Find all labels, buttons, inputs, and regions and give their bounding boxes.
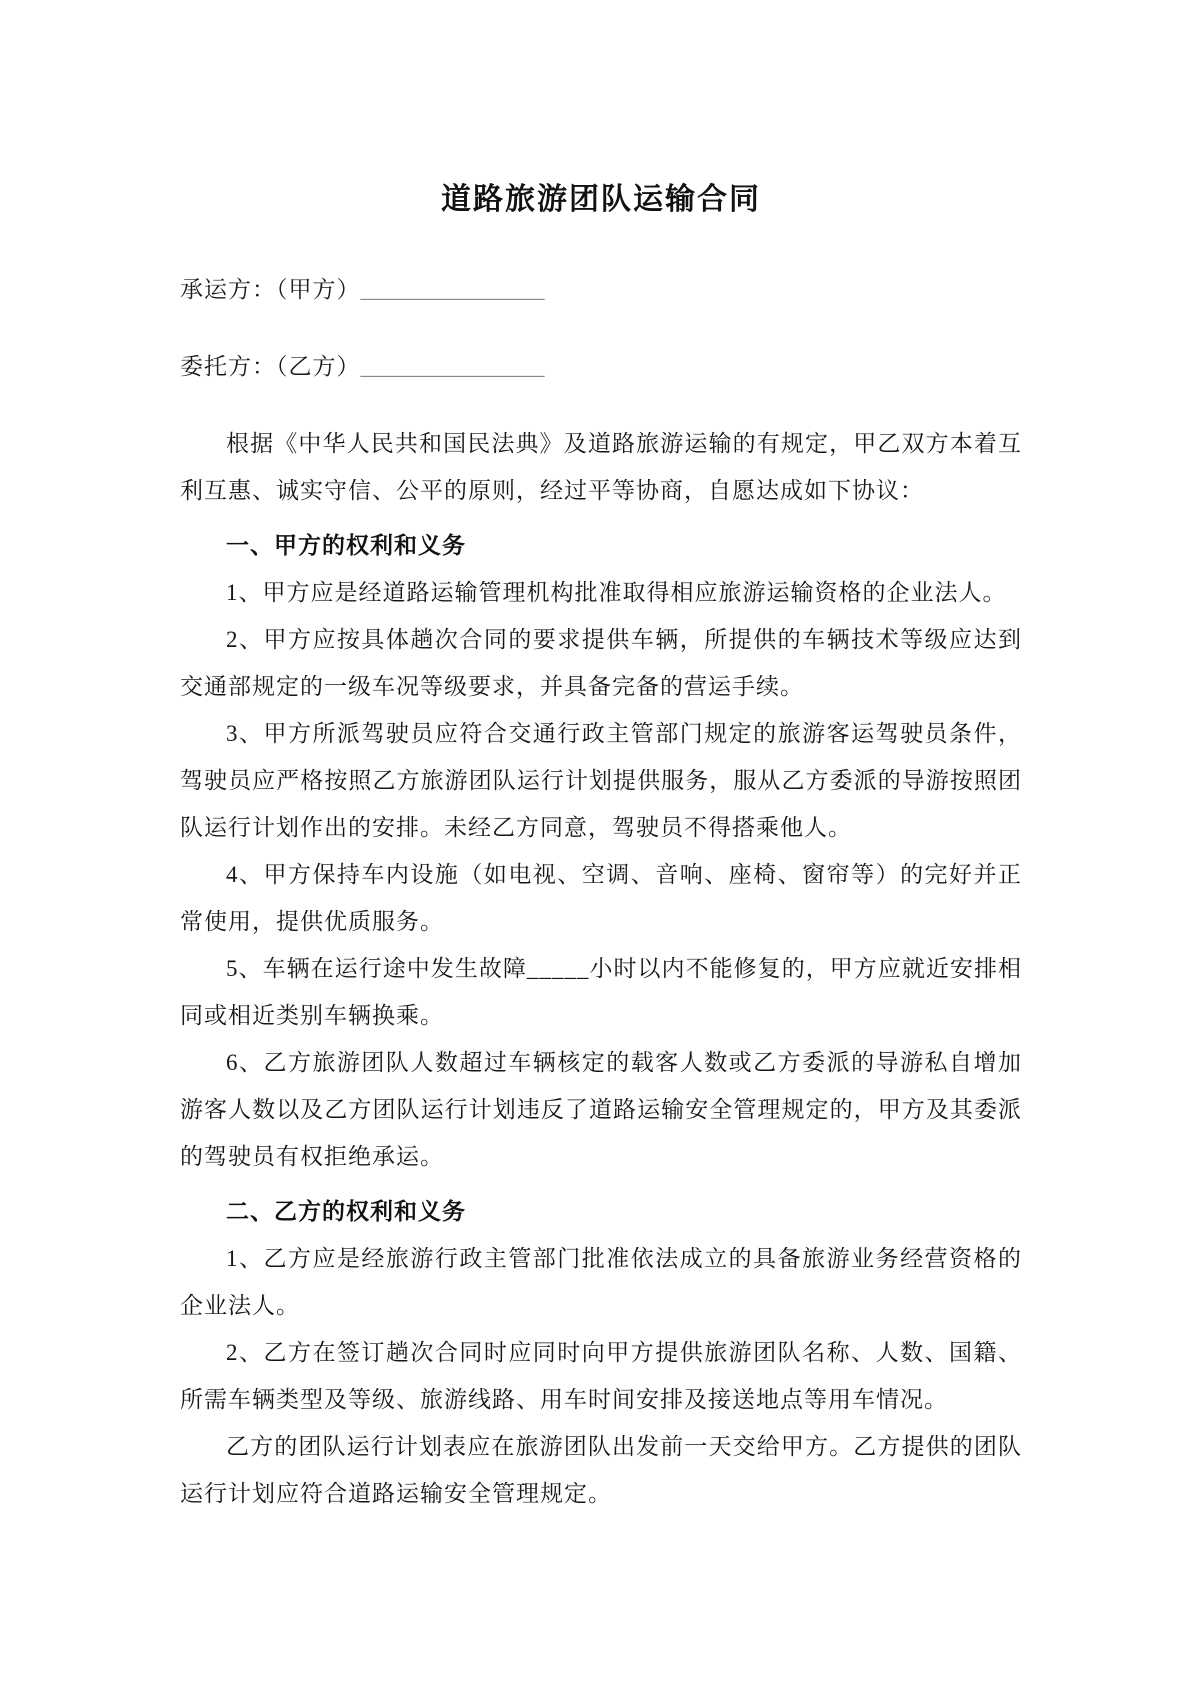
section-1-clause-4: 4、甲方保持车内设施（如电视、空调、音响、座椅、窗帘等）的完好并正常使用，提供优…: [180, 851, 1022, 945]
section-1-clause-1: 1、甲方应是经道路运输管理机构批准取得相应旅游运输资格的企业法人。: [180, 569, 1022, 616]
section-2-clause-1: 1、乙方应是经旅游行政主管部门批准依法成立的具备旅游业务经营资格的企业法人。: [180, 1235, 1022, 1329]
section-2-heading: 二、乙方的权利和义务: [180, 1188, 1022, 1235]
preamble-paragraph: 根据《中华人民共和国民法典》及道路旅游运输的有规定，甲乙双方本着互利互惠、诚实守…: [180, 420, 1022, 514]
section-1-clause-3: 3、甲方所派驾驶员应符合交通行政主管部门规定的旅游客运驾驶员条件，驾驶员应严格按…: [180, 710, 1022, 851]
section-1-heading: 一、甲方的权利和义务: [180, 522, 1022, 569]
section-1-clause-6: 6、乙方旅游团队人数超过车辆核定的载客人数或乙方委派的导游私自增加游客人数以及乙…: [180, 1039, 1022, 1180]
party-b-blank-field: ________________: [361, 354, 545, 379]
party-b-label: 委托方：（乙方）: [180, 354, 361, 379]
section-2-clause-3: 乙方的团队运行计划表应在旅游团队出发前一天交给甲方。乙方提供的团队运行计划应符合…: [180, 1423, 1022, 1517]
section-1-clause-2: 2、甲方应按具体趟次合同的要求提供车辆，所提供的车辆技术等级应达到交通部规定的一…: [180, 616, 1022, 710]
section-1-clause-5: 5、车辆在运行途中发生故障_____小时以内不能修复的，甲方应就近安排相同或相近…: [180, 945, 1022, 1039]
party-b-line: 委托方：（乙方）________________: [180, 352, 1022, 382]
section-2-clause-2: 2、乙方在签订趟次合同时应同时向甲方提供旅游团队名称、人数、国籍、所需车辆类型及…: [180, 1329, 1022, 1423]
party-a-blank-field: ________________: [361, 277, 545, 302]
contract-title: 道路旅游团队运输合同: [180, 0, 1022, 218]
party-a-label: 承运方：（甲方）: [180, 277, 361, 302]
contract-page: 道路旅游团队运输合同 承运方：（甲方）________________ 委托方：…: [0, 0, 1190, 1683]
party-a-line: 承运方：（甲方）________________: [180, 275, 1022, 305]
